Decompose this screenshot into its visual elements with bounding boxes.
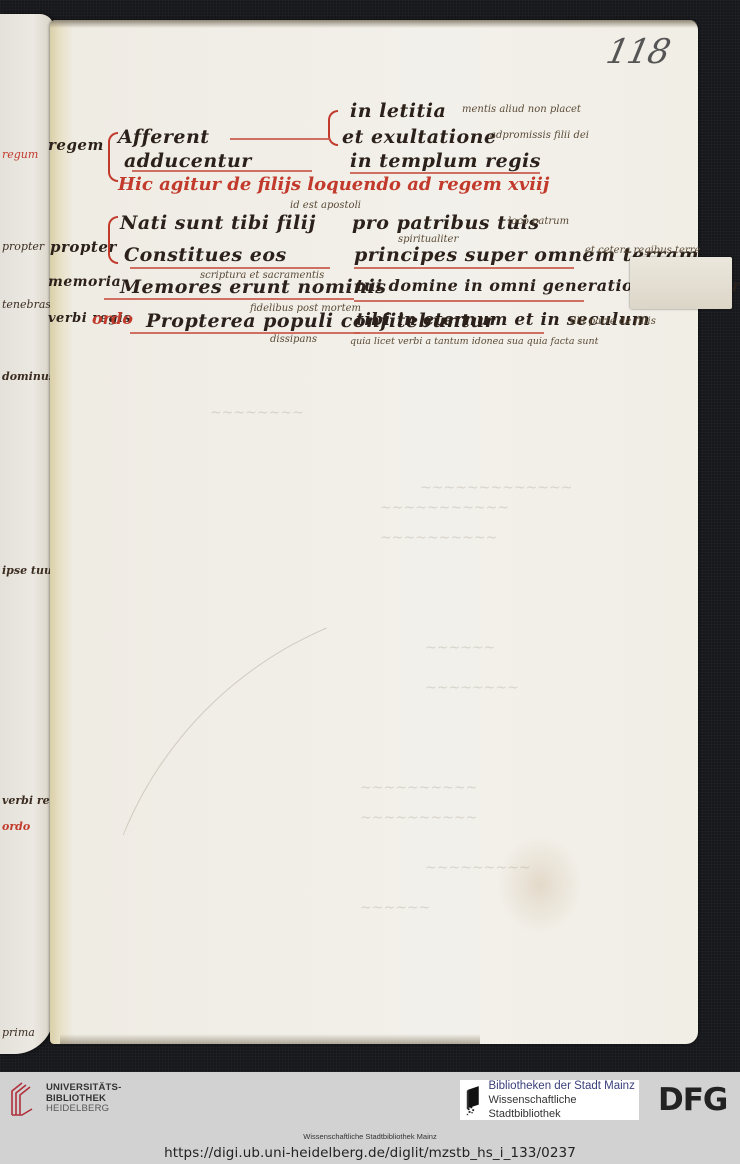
text-line: adducentur [124,150,252,172]
text-line: Constitues eos [124,244,287,266]
gloss: quia licet verbi a tantum idonea sua qui… [350,336,599,347]
gloss: id est apostoli [290,200,361,211]
manuscript-scan-viewport: regum propter tenebras dominus ipse tuus… [0,0,740,1072]
gloss: mentis aliud non placet [462,104,581,115]
show-through-text: ~~~~~~~~ [210,405,304,421]
gloss: illa parte de filiis [570,316,656,327]
red-ruling [354,300,584,302]
mainz-library-logo[interactable]: Bibliotheken der Stadt Mainz Wissenschaf… [460,1080,639,1120]
left-page-fragment: prima [2,1026,35,1039]
left-page-fragment: propter [2,240,44,253]
red-ruling [130,267,330,269]
text-line: in letitia [350,100,446,122]
gloss: spiritualiter [398,234,458,245]
left-page-fragment: regum [2,148,38,161]
attribution-text: Wissenschaftliche Stadtbibliothek Mainz [0,1132,740,1141]
page-crease [123,483,618,978]
red-ruling [350,172,540,174]
text-line: Nati sunt tibi filij [120,212,316,234]
manuscript-page-recto: 118 regem propter memoria verbi regis or… [50,20,698,1044]
margin-label: memoria [48,274,121,290]
footer: UNIVERSITÄTS- BIBLIOTHEK HEIDELBERG Bibl… [0,1072,740,1164]
text-line: in templum regis [350,150,541,172]
red-ruling [132,170,312,172]
rubric-mark: ordo [92,309,133,328]
text-line: et exultatione [342,126,497,148]
folio-number: 118 [603,32,673,72]
ub-heidelberg-logo[interactable]: UNIVERSITÄTS- BIBLIOTHEK HEIDELBERG [8,1079,121,1119]
margin-label: regem [48,136,104,154]
ub-logo-line3: HEIDELBERG [46,1104,121,1115]
red-ruling [104,298,354,300]
gloss: scriptura et sacramentis [200,270,324,281]
rubric-line: Hic agitur de filijs loquendo ad regem x… [118,174,549,195]
rubric-brace [108,132,118,182]
permalink-url[interactable]: https://digi.ub.uni-heidelberg.de/diglit… [0,1145,740,1161]
red-ruling [230,138,330,140]
left-page-fragment: tenebras [2,298,51,311]
show-through-text: ~~~~~~~~~~ [380,530,497,546]
ub-heidelberg-emblem-icon [8,1079,40,1119]
gloss: fidelibus post mortem [250,303,361,314]
text-line: Afferent [118,126,210,148]
show-through-text: ~~~~~~~~~~~ [380,500,509,516]
gloss: et cetera regibus terre [585,245,700,256]
show-through-text: ~~~~~~~~~~~~~ [420,480,573,496]
margin-label: propter [50,238,117,256]
rubric-brace [108,216,118,264]
facing-page-verso: regum propter tenebras dominus ipse tuus… [0,14,54,1054]
mainz-logo-line1: Bibliotheken der Stadt Mainz [488,1079,639,1093]
red-ruling [354,332,544,334]
left-page-fragment: dominus [2,370,55,383]
gloss: adpromissis filii dei [490,130,589,141]
bookmark-strip [630,257,732,309]
left-page-fragment: ordo [2,820,30,833]
book-icon [464,1083,482,1117]
gloss: loco patrum [508,216,569,227]
red-ruling [130,332,360,334]
gloss: dissipans [270,334,317,345]
mainz-logo-line2: Wissenschaftliche Stadtbibliothek [488,1093,639,1121]
rubric-brace [328,110,338,146]
dfg-logo[interactable]: DFG [658,1082,727,1118]
red-ruling [354,267,574,269]
